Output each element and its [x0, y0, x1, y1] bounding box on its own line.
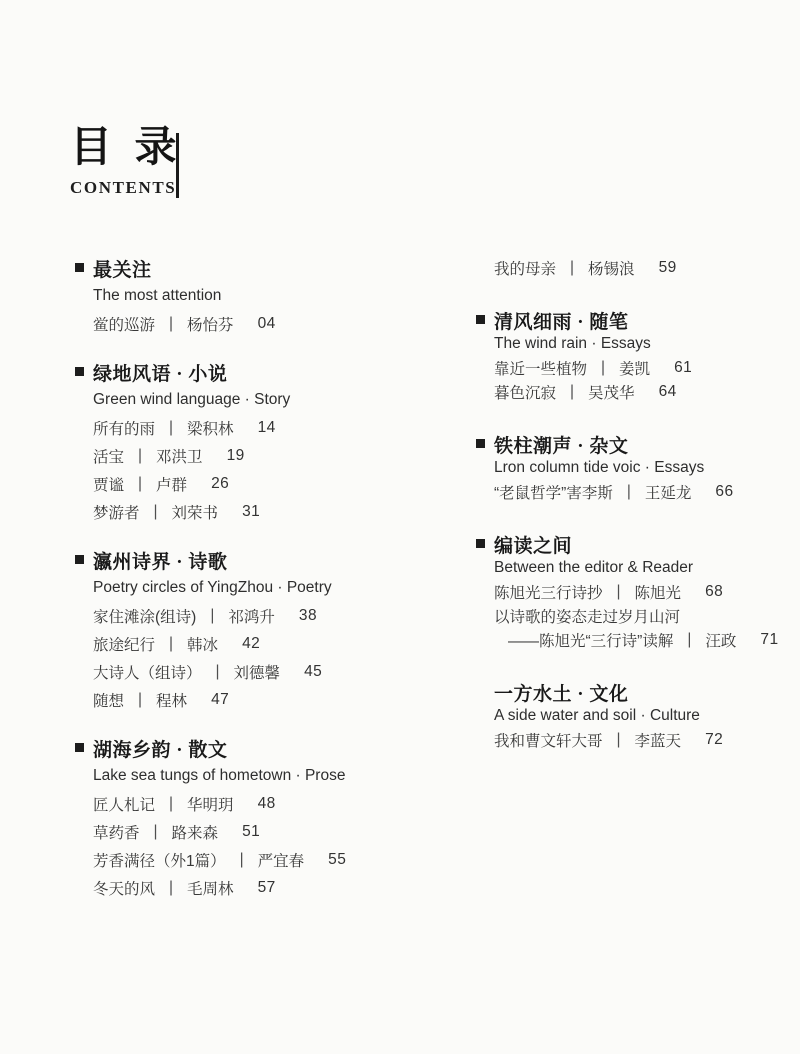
section-subtitle: Lron column tide voic · Essays — [494, 456, 800, 480]
toc-separator: | — [240, 851, 244, 869]
toc-item: 以诗歌的姿态走过岁月山河 — [494, 604, 800, 628]
toc-item-title: 鲎的巡游 — [93, 313, 155, 335]
toc-item-page: 47 — [211, 691, 229, 709]
contents-right-column: 我的母亲|杨锡浪59清风细雨 · 随笔The wind rain · Essay… — [494, 256, 800, 780]
toc-item-page: 19 — [227, 447, 245, 465]
toc-separator: | — [627, 483, 631, 501]
section-subtitle: Green wind language · Story — [93, 386, 438, 414]
section-block: 瀛州诗界 · 诗歌Poetry circles of YingZhou · Po… — [93, 546, 438, 714]
section-block: 最关注The most attention鲎的巡游|杨怡芬04 — [93, 254, 438, 338]
toc-item-author: 祁鸿升 — [228, 605, 275, 627]
toc-item-title: 随想 — [93, 689, 124, 711]
toc-item-title: 以诗歌的姿态走过岁月山河 — [494, 605, 680, 627]
toc-item: 活宝|邓洪卫19 — [93, 442, 438, 470]
section-bullet-icon — [476, 315, 485, 324]
section-subtitle: The wind rain · Essays — [494, 332, 800, 356]
section-subtitle: Lake sea tungs of hometown · Prose — [93, 762, 438, 790]
toc-item-page: 04 — [258, 315, 276, 333]
section-bullet-icon — [75, 743, 84, 752]
toc-item-author: 汪政 — [705, 629, 736, 651]
toc-separator: | — [570, 259, 574, 277]
toc-item-title: 暮色沉寂 — [494, 381, 556, 403]
toc-item-title: 梦游者 — [93, 501, 140, 523]
toc-item-author: 姜凯 — [619, 357, 650, 379]
toc-item: 所有的雨|梁积林14 — [93, 414, 438, 442]
section-title: 一方水土 · 文化 — [494, 679, 628, 706]
section-subtitle: A side water and soil · Culture — [494, 704, 800, 728]
section-block: 编读之间Between the editor & Reader陈旭光三行诗抄|陈… — [494, 532, 800, 652]
toc-item-author: 韩冰 — [187, 633, 218, 655]
section-heading: 瀛州诗界 · 诗歌 — [93, 546, 438, 574]
toc-item-page: 55 — [328, 851, 346, 869]
toc-item-page: 72 — [705, 731, 723, 749]
section-bullet-icon — [75, 555, 84, 564]
section-block: 铁柱潮声 · 杂文Lron column tide voic · Essays“… — [494, 432, 800, 504]
toc-item-title: 我和曹文轩大哥 — [494, 729, 603, 751]
toc-item: 随想|程林47 — [93, 686, 438, 714]
toc-separator: | — [687, 631, 691, 649]
toc-item-author: 毛周林 — [187, 877, 234, 899]
section-block: 湖海乡韵 · 散文Lake sea tungs of hometown · Pr… — [93, 734, 438, 902]
toc-item-title: 靠近一些植物 — [494, 357, 587, 379]
toc-item-author: 陈旭光 — [635, 581, 682, 603]
toc-item: 梦游者|刘荣书31 — [93, 498, 438, 526]
toc-item-page: 14 — [258, 419, 276, 437]
toc-item: 贾谧|卢群26 — [93, 470, 438, 498]
section-bullet-icon — [476, 439, 485, 448]
toc-item-title: “老鼠哲学”害李斯 — [494, 481, 613, 503]
toc-item-title: 匠人札记 — [93, 793, 155, 815]
toc-item: 芳香满径（外1篇）|严宜春55 — [93, 846, 438, 874]
section-bullet-icon — [75, 367, 84, 376]
toc-item: 匠人札记|华明玥48 — [93, 790, 438, 818]
toc-item: 旅途纪行|韩冰42 — [93, 630, 438, 658]
section-block: 一方水土 · 文化A side water and soil · Culture… — [494, 680, 800, 752]
section-title: 瀛州诗界 · 诗歌 — [93, 547, 227, 574]
section-heading: 湖海乡韵 · 散文 — [93, 734, 438, 762]
toc-item: 陈旭光三行诗抄|陈旭光68 — [494, 580, 800, 604]
toc-separator: | — [216, 663, 220, 681]
toc-item: 大诗人（组诗）|刘德馨45 — [93, 658, 438, 686]
section-bullet-icon — [75, 263, 84, 272]
toc-item: 我的母亲|杨锡浪59 — [494, 256, 800, 280]
section-subtitle: The most attention — [93, 282, 438, 310]
toc-item-author: 路来森 — [172, 821, 219, 843]
masthead: 目 录 CONTENTS — [70, 126, 183, 197]
section-title: 清风细雨 · 随笔 — [494, 307, 628, 334]
toc-item-page: 59 — [659, 259, 677, 277]
toc-item-page: 71 — [760, 631, 778, 649]
toc-item-title: ——陈旭光“三行诗”读解 — [508, 629, 673, 651]
toc-item-author: 王延龙 — [645, 481, 692, 503]
toc-item-author: 刘荣书 — [172, 501, 219, 523]
toc-item-title: 所有的雨 — [93, 417, 155, 439]
section-title: 绿地风语 · 小说 — [93, 359, 227, 386]
toc-item-page: 48 — [258, 795, 276, 813]
toc-separator: | — [601, 359, 605, 377]
toc-separator: | — [154, 503, 158, 521]
section-title: 最关注 — [93, 255, 152, 282]
toc-item: 我和曹文轩大哥|李蓝天72 — [494, 728, 800, 752]
toc-item-page: 51 — [242, 823, 260, 841]
toc-item: “老鼠哲学”害李斯|王延龙66 — [494, 480, 800, 504]
toc-item: 鲎的巡游|杨怡芬04 — [93, 310, 438, 338]
toc-item-title: 草药香 — [93, 821, 140, 843]
toc-separator: | — [169, 419, 173, 437]
toc-item: ——陈旭光“三行诗”读解|汪政71 — [494, 628, 800, 652]
section-bullet-icon — [476, 539, 485, 548]
section-heading: 清风细雨 · 随笔 — [494, 308, 800, 332]
section-heading: 绿地风语 · 小说 — [93, 358, 438, 386]
toc-item: 冬天的风|毛周林57 — [93, 874, 438, 902]
toc-item-page: 61 — [674, 359, 692, 377]
toc-item: 靠近一些植物|姜凯61 — [494, 356, 800, 380]
toc-item-author: 梁积林 — [187, 417, 234, 439]
title-divider-bar — [176, 133, 179, 198]
section-block: 清风细雨 · 随笔The wind rain · Essays靠近一些植物|姜凯… — [494, 308, 800, 404]
section-title: 铁柱潮声 · 杂文 — [494, 431, 628, 458]
toc-separator: | — [138, 691, 142, 709]
toc-separator: | — [138, 475, 142, 493]
toc-item-author: 刘德馨 — [234, 661, 281, 683]
toc-item-title: 我的母亲 — [494, 257, 556, 279]
toc-item-author: 吴茂华 — [588, 381, 635, 403]
toc-item-page: 38 — [299, 607, 317, 625]
toc-item-title: 贾谧 — [93, 473, 124, 495]
section-heading: 最关注 — [93, 254, 438, 282]
section-heading: 铁柱潮声 · 杂文 — [494, 432, 800, 456]
toc-item-author: 邓洪卫 — [156, 445, 203, 467]
toc-item-page: 64 — [659, 383, 677, 401]
section-subtitle: Between the editor & Reader — [494, 556, 800, 580]
section-title: 编读之间 — [494, 531, 572, 558]
toc-item-author: 严宜春 — [258, 849, 305, 871]
section-block: 绿地风语 · 小说Green wind language · Story所有的雨… — [93, 358, 438, 526]
toc-item-author: 杨锡浪 — [588, 257, 635, 279]
toc-item-page: 68 — [705, 583, 723, 601]
toc-item-author: 李蓝天 — [635, 729, 682, 751]
toc-item-title: 大诗人（组诗） — [93, 661, 202, 683]
toc-separator: | — [169, 315, 173, 333]
toc-item-title: 家住滩涂(组诗) — [93, 605, 196, 627]
section-heading: 一方水土 · 文化 — [494, 680, 800, 704]
toc-item-page: 26 — [211, 475, 229, 493]
contents-left-column: 最关注The most attention鲎的巡游|杨怡芬04绿地风语 · 小说… — [93, 254, 438, 922]
toc-item-page: 31 — [242, 503, 260, 521]
toc-item-page: 42 — [242, 635, 260, 653]
section-title: 湖海乡韵 · 散文 — [93, 735, 227, 762]
toc-item: 暮色沉寂|吴茂华64 — [494, 380, 800, 404]
toc-item-title: 冬天的风 — [93, 877, 155, 899]
toc-item-author: 杨怡芬 — [187, 313, 234, 335]
toc-item-title: 陈旭光三行诗抄 — [494, 581, 603, 603]
toc-item-page: 45 — [304, 663, 322, 681]
section-subtitle: Poetry circles of YingZhou · Poetry — [93, 574, 438, 602]
section-heading: 编读之间 — [494, 532, 800, 556]
toc-separator: | — [169, 879, 173, 897]
toc-separator: | — [210, 607, 214, 625]
toc-item: 家住滩涂(组诗)|祁鸿升38 — [93, 602, 438, 630]
toc-separator: | — [617, 583, 621, 601]
toc-item: 草药香|路来森51 — [93, 818, 438, 846]
toc-separator: | — [169, 795, 173, 813]
toc-item-author: 华明玥 — [187, 793, 234, 815]
toc-item-author: 程林 — [156, 689, 187, 711]
toc-separator: | — [138, 447, 142, 465]
page-title-cn: 目 录 — [70, 126, 183, 170]
toc-item-title: 旅途纪行 — [93, 633, 155, 655]
toc-item-title: 芳香满径（外1篇） — [93, 849, 226, 871]
page-title-en: CONTENTS — [70, 179, 183, 197]
toc-item-page: 57 — [258, 879, 276, 897]
toc-separator: | — [169, 635, 173, 653]
toc-separator: | — [617, 731, 621, 749]
contents-page: 目 录 CONTENTS 最关注The most attention鲎的巡游|杨… — [0, 0, 800, 1054]
section-block: 我的母亲|杨锡浪59 — [494, 256, 800, 280]
toc-item-page: 66 — [715, 483, 733, 501]
toc-item-author: 卢群 — [156, 473, 187, 495]
toc-separator: | — [570, 383, 574, 401]
toc-separator: | — [154, 823, 158, 841]
toc-item-title: 活宝 — [93, 445, 124, 467]
